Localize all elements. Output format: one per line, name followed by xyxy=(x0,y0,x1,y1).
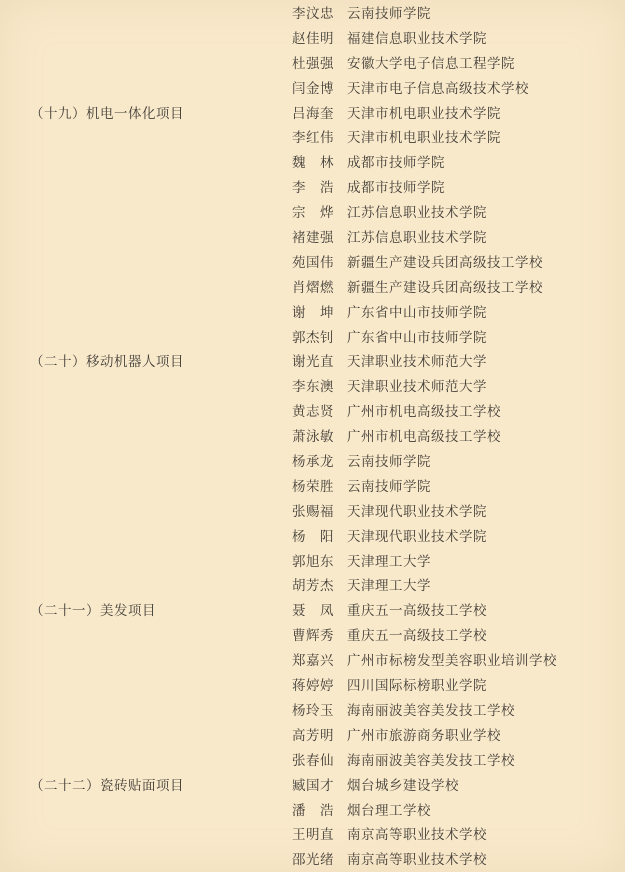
institution-name: 云南技师学院 xyxy=(347,2,431,27)
list-item: 杨荣胜 云南技师学院 xyxy=(0,475,625,500)
institution-name: 新疆生产建设兵团高级技工学校 xyxy=(347,251,543,276)
person-name: 杨承龙 xyxy=(292,450,334,475)
person-name: 聂 凤 xyxy=(292,599,334,624)
list-item: 宗 烨 江苏信息职业技术学院 xyxy=(0,201,625,226)
section-header: （十九）机电一体化项目 xyxy=(30,102,184,127)
institution-name: 天津现代职业技术学院 xyxy=(347,525,487,550)
institution-name: 天津理工大学 xyxy=(347,574,431,599)
list-item: 赵佳明 福建信息职业技术学院 xyxy=(0,27,625,52)
institution-name: 成都市技师学院 xyxy=(347,176,445,201)
institution-name: 广州市标榜发型美容职业培训学校 xyxy=(347,649,557,674)
list-item: 李东澳 天津职业技术师范大学 xyxy=(0,375,625,400)
list-item: 杨玲玉 海南丽波美容美发技工学校 xyxy=(0,699,625,724)
list-item: 谢 坤 广东省中山市技师学院 xyxy=(0,301,625,326)
person-name: 杜强强 xyxy=(292,52,334,77)
list-item: 萧泳敏 广州市机电高级技工学校 xyxy=(0,425,625,450)
list-item: 黄志贤 广州市机电高级技工学校 xyxy=(0,400,625,425)
person-name: 肖熠燃 xyxy=(292,276,334,301)
section-header: （二十）移动机器人项目 xyxy=(30,350,184,375)
person-name: 曹辉秀 xyxy=(292,624,334,649)
list-item: 杨承龙 云南技师学院 xyxy=(0,450,625,475)
person-name: 吕海奎 xyxy=(292,102,334,127)
list-item: 李红伟 天津市机电职业技术学院 xyxy=(0,126,625,151)
person-name: 李红伟 xyxy=(292,126,334,151)
person-name: 苑国伟 xyxy=(292,251,334,276)
list-item: 张春仙 海南丽波美容美发技工学校 xyxy=(0,749,625,774)
institution-name: 天津市机电职业技术学院 xyxy=(347,126,501,151)
person-name: 王明直 xyxy=(292,823,334,848)
person-name: 郭旭东 xyxy=(292,550,334,575)
person-name: 闫金博 xyxy=(292,77,334,102)
list-item: 胡芳杰 天津理工大学 xyxy=(0,574,625,599)
institution-name: 广州市旅游商务职业学校 xyxy=(347,724,501,749)
person-name: 臧国才 xyxy=(292,774,334,799)
person-name: 杨荣胜 xyxy=(292,475,334,500)
list-item: 杨 阳 天津现代职业技术学院 xyxy=(0,525,625,550)
list-item: 曹辉秀 重庆五一高级技工学校 xyxy=(0,624,625,649)
list-item: （二十二）瓷砖贴面项目 臧国才 烟台城乡建设学校 xyxy=(0,774,625,799)
person-name: 高芳明 xyxy=(292,724,334,749)
institution-name: 重庆五一高级技工学校 xyxy=(347,599,487,624)
person-name: 李汶忠 xyxy=(292,2,334,27)
institution-name: 江苏信息职业技术学院 xyxy=(347,201,487,226)
section-header: （二十一）美发项目 xyxy=(30,599,156,624)
institution-name: 天津现代职业技术学院 xyxy=(347,500,487,525)
list-item: 蒋婷婷 四川国际标榜职业学院 xyxy=(0,674,625,699)
person-name: 赵佳明 xyxy=(292,27,334,52)
list-item: 肖熠燃 新疆生产建设兵团高级技工学校 xyxy=(0,276,625,301)
institution-name: 烟台理工学校 xyxy=(347,799,431,824)
person-name: 谢光直 xyxy=(292,350,334,375)
list-item: 魏 林 成都市技师学院 xyxy=(0,151,625,176)
list-item: 褚建强 江苏信息职业技术学院 xyxy=(0,226,625,251)
institution-name: 广州市机电高级技工学校 xyxy=(347,400,501,425)
institution-name: 广州市机电高级技工学校 xyxy=(347,425,501,450)
institution-name: 广东省中山市技师学院 xyxy=(347,326,487,351)
institution-name: 海南丽波美容美发技工学校 xyxy=(347,749,515,774)
institution-name: 南京高等职业技术学校 xyxy=(347,823,487,848)
list-item: （二十一）美发项目 聂 凤 重庆五一高级技工学校 xyxy=(0,599,625,624)
document-page: 李汶忠 云南技师学院 赵佳明 福建信息职业技术学院 杜强强 安徽大学电子信息工程… xyxy=(0,0,625,872)
person-name: 萧泳敏 xyxy=(292,425,334,450)
award-winner-list: 李汶忠 云南技师学院 赵佳明 福建信息职业技术学院 杜强强 安徽大学电子信息工程… xyxy=(0,2,625,872)
person-name: 李 浩 xyxy=(292,176,334,201)
list-item: 闫金博 天津市电子信息高级技术学校 xyxy=(0,77,625,102)
list-item: 张赐福 天津现代职业技术学院 xyxy=(0,500,625,525)
list-item: 郑嘉兴 广州市标榜发型美容职业培训学校 xyxy=(0,649,625,674)
institution-name: 福建信息职业技术学院 xyxy=(347,27,487,52)
institution-name: 重庆五一高级技工学校 xyxy=(347,624,487,649)
institution-name: 云南技师学院 xyxy=(347,475,431,500)
institution-name: 天津职业技术师范大学 xyxy=(347,375,487,400)
institution-name: 天津市电子信息高级技术学校 xyxy=(347,77,529,102)
institution-name: 云南技师学院 xyxy=(347,450,431,475)
person-name: 谢 坤 xyxy=(292,301,334,326)
institution-name: 天津理工大学 xyxy=(347,550,431,575)
list-item: 李汶忠 云南技师学院 xyxy=(0,2,625,27)
section-header: （二十二）瓷砖贴面项目 xyxy=(30,774,184,799)
person-name: 李东澳 xyxy=(292,375,334,400)
list-item: 王明直 南京高等职业技术学校 xyxy=(0,823,625,848)
list-item: 李 浩 成都市技师学院 xyxy=(0,176,625,201)
person-name: 褚建强 xyxy=(292,226,334,251)
person-name: 蒋婷婷 xyxy=(292,674,334,699)
institution-name: 成都市技师学院 xyxy=(347,151,445,176)
list-item: 潘 浩 烟台理工学校 xyxy=(0,799,625,824)
list-item: （二十）移动机器人项目 谢光直 天津职业技术师范大学 xyxy=(0,350,625,375)
list-item: 苑国伟 新疆生产建设兵团高级技工学校 xyxy=(0,251,625,276)
list-item: 郭旭东 天津理工大学 xyxy=(0,550,625,575)
list-item: 郭杰钊 广东省中山市技师学院 xyxy=(0,326,625,351)
institution-name: 安徽大学电子信息工程学院 xyxy=(347,52,515,77)
person-name: 邵光绪 xyxy=(292,848,334,872)
person-name: 宗 烨 xyxy=(292,201,334,226)
institution-name: 四川国际标榜职业学院 xyxy=(347,674,487,699)
person-name: 黄志贤 xyxy=(292,400,334,425)
person-name: 魏 林 xyxy=(292,151,334,176)
person-name: 郑嘉兴 xyxy=(292,649,334,674)
list-item: 高芳明 广州市旅游商务职业学校 xyxy=(0,724,625,749)
institution-name: 海南丽波美容美发技工学校 xyxy=(347,699,515,724)
list-item: 邵光绪 南京高等职业技术学校 xyxy=(0,848,625,872)
person-name: 张赐福 xyxy=(292,500,334,525)
person-name: 杨玲玉 xyxy=(292,699,334,724)
person-name: 张春仙 xyxy=(292,749,334,774)
institution-name: 广东省中山市技师学院 xyxy=(347,301,487,326)
list-item: 杜强强 安徽大学电子信息工程学院 xyxy=(0,52,625,77)
institution-name: 天津职业技术师范大学 xyxy=(347,350,487,375)
institution-name: 新疆生产建设兵团高级技工学校 xyxy=(347,276,543,301)
institution-name: 天津市机电职业技术学院 xyxy=(347,102,501,127)
institution-name: 烟台城乡建设学校 xyxy=(347,774,459,799)
institution-name: 南京高等职业技术学校 xyxy=(347,848,487,872)
person-name: 杨 阳 xyxy=(292,525,334,550)
person-name: 胡芳杰 xyxy=(292,574,334,599)
person-name: 潘 浩 xyxy=(292,799,334,824)
institution-name: 江苏信息职业技术学院 xyxy=(347,226,487,251)
list-item: （十九）机电一体化项目 吕海奎 天津市机电职业技术学院 xyxy=(0,102,625,127)
person-name: 郭杰钊 xyxy=(292,326,334,351)
